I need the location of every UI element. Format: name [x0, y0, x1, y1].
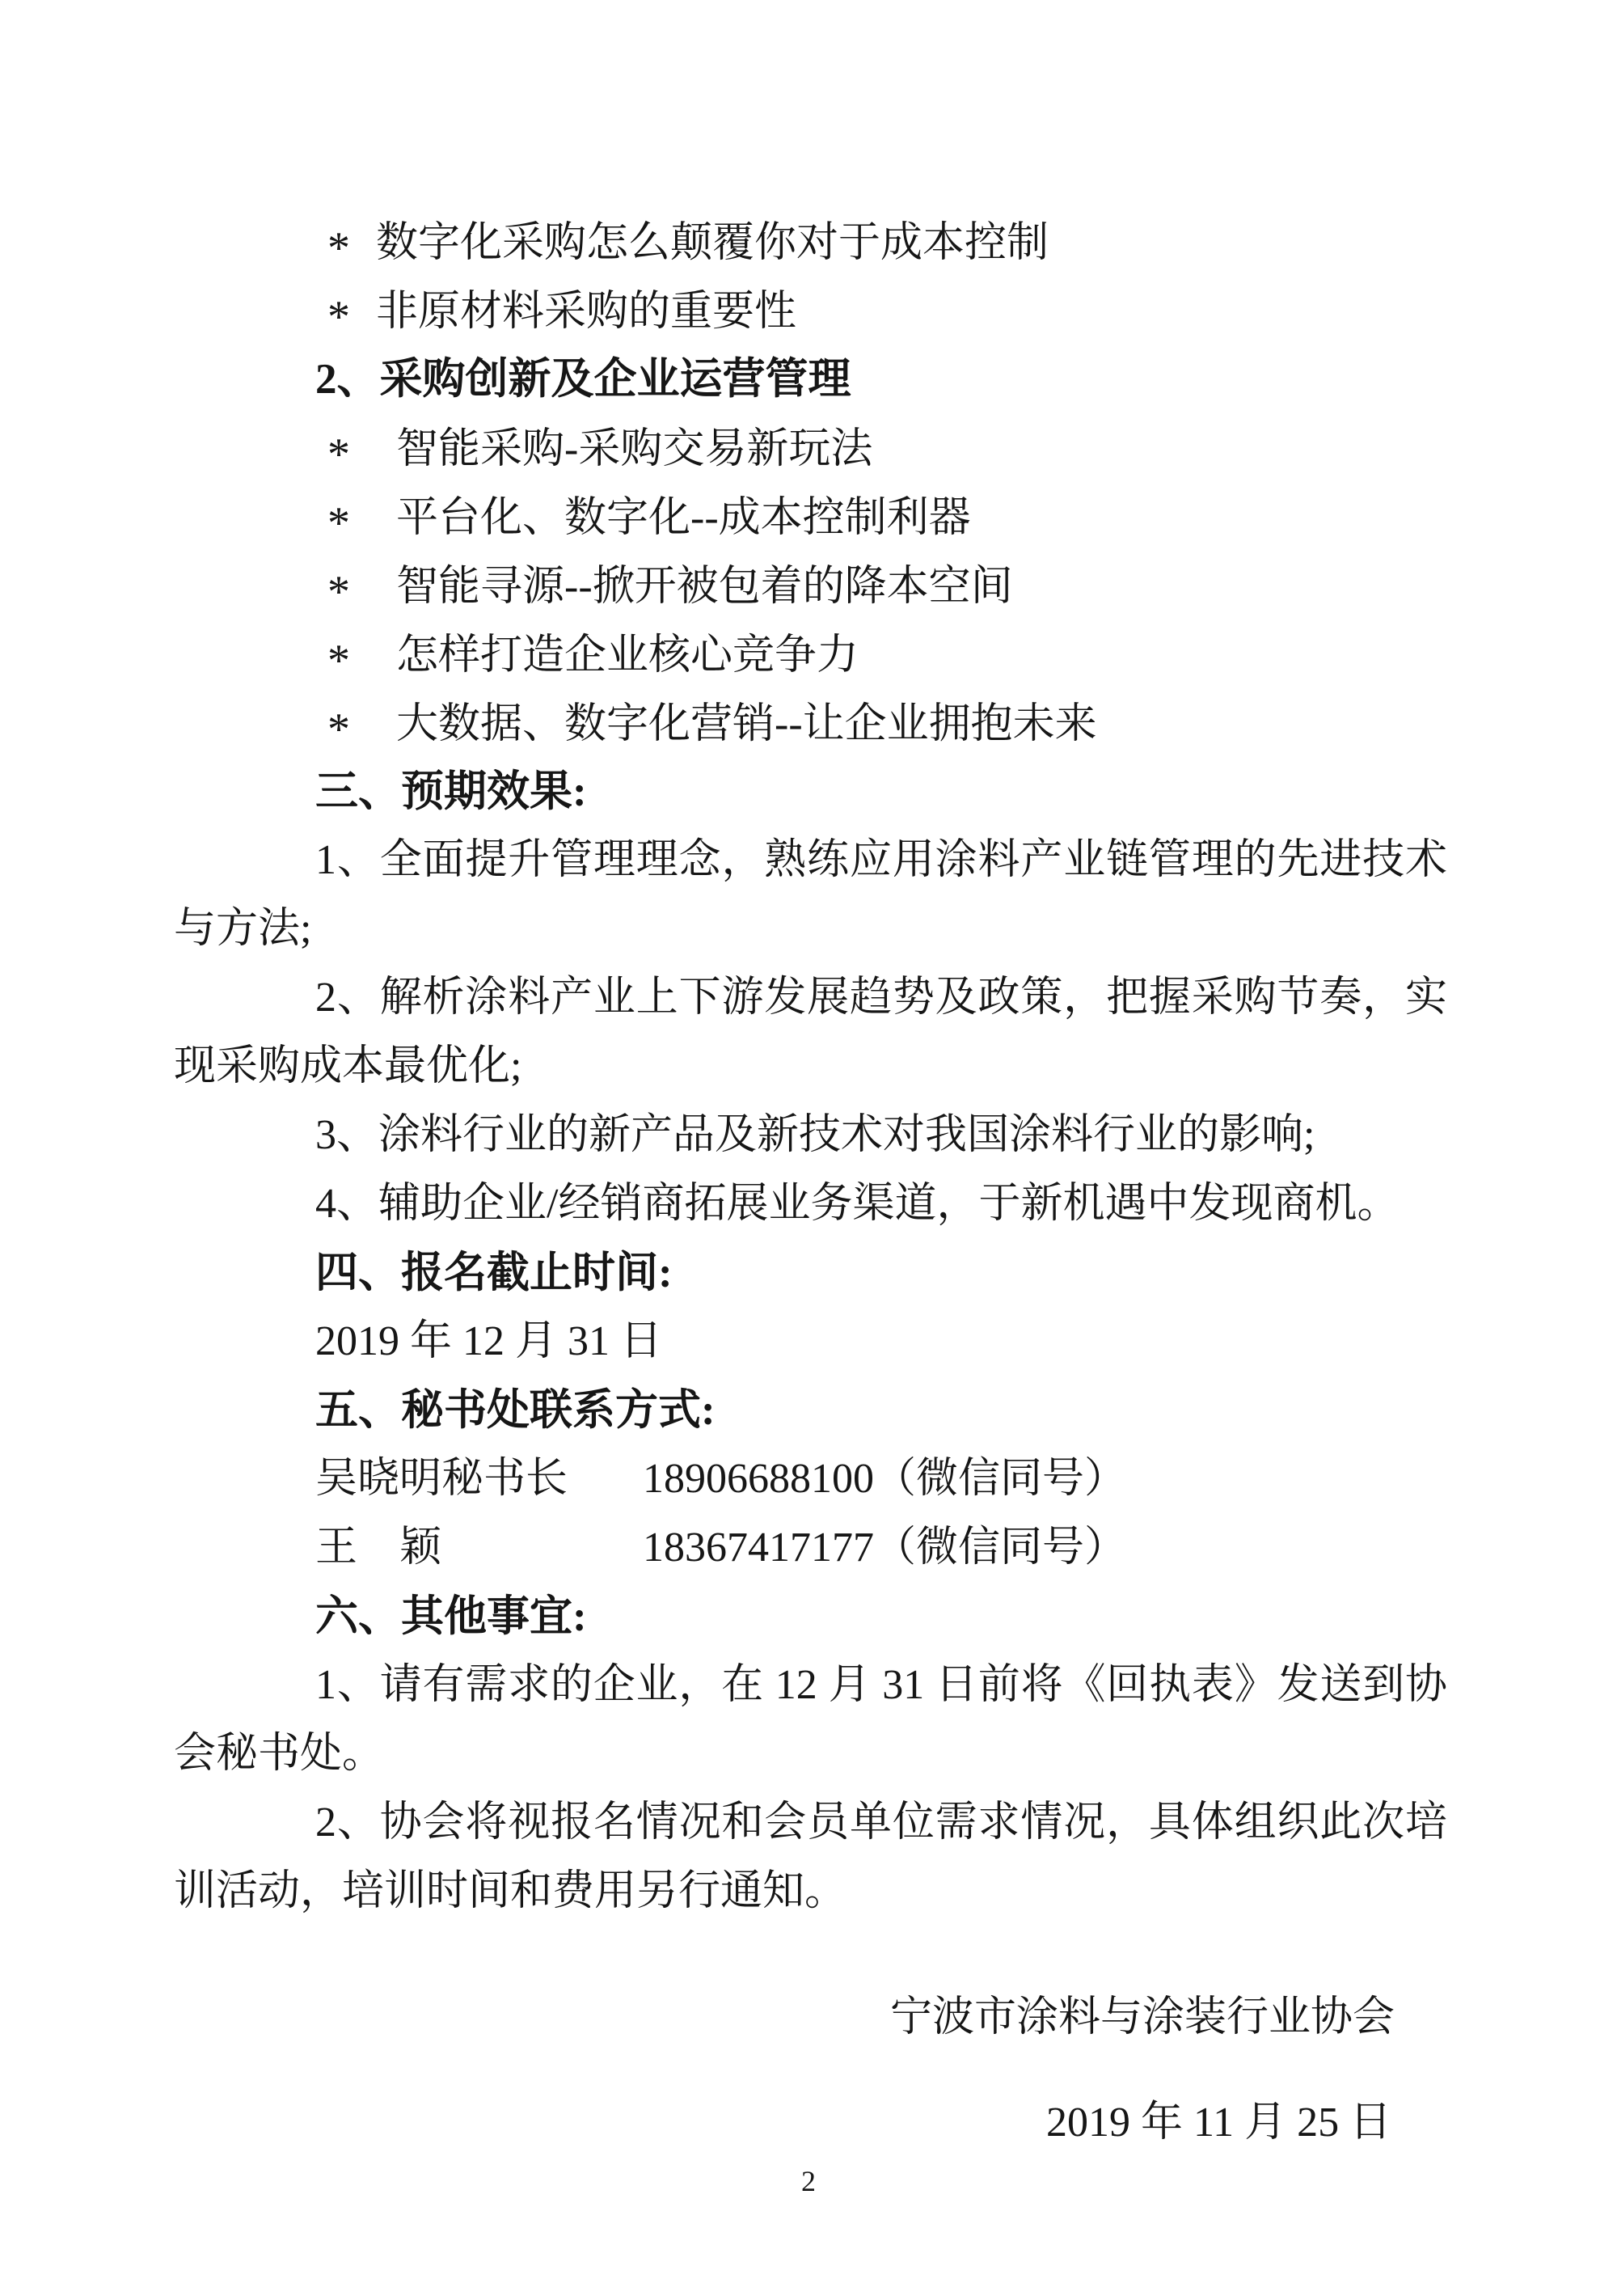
- paragraph-line: 3、涂料行业的新产品及新技术对我国涂料行业的影响;: [174, 1101, 1447, 1170]
- contact-row: 王 颖18367417177（微信同号）: [174, 1513, 1447, 1583]
- section-heading-other-matters: 六、其他事宜:: [174, 1582, 1589, 1651]
- contact-row: 吴晓明秘书长18906688100（微信同号）: [174, 1444, 1447, 1514]
- section-heading-deadline: 四、报名截止时间:: [174, 1238, 1589, 1308]
- bullet-text: 数字化采购怎么颠覆你对于成本控制: [376, 220, 1049, 266]
- paragraph-line: 4、辅助企业/经销商拓展业务渠道，于新机遇中发现商机。: [174, 1169, 1447, 1239]
- paragraph-line: 与方法;: [174, 894, 1447, 964]
- bullet-item: *数字化采购怎么颠覆你对于成本控制: [174, 207, 1601, 277]
- signature-organization: 宁波市涂料与涂装行业协会: [890, 1993, 1395, 2043]
- subsection-heading: 2、采购创新及企业运营管理: [174, 345, 1589, 414]
- paragraph-line: 2、协会将视报名情况和会员单位需求情况，具体组织此次培: [174, 1788, 1447, 1858]
- bullet-item: *大数据、数字化营销--让企业拥抱未来: [174, 688, 1601, 758]
- signature-date: 2019 年 11 月 25 日: [1046, 2098, 1391, 2148]
- bullet-text: 怎样打造企业核心竞争力: [396, 632, 859, 679]
- bullet-item: *智能寻源--掀开被包着的降本空间: [174, 551, 1601, 620]
- asterisk-bullet-icon: *: [327, 557, 396, 627]
- bullet-item: *怎样打造企业核心竞争力: [174, 619, 1601, 689]
- deadline-date: 2019 年 12 月 31 日: [174, 1307, 1447, 1376]
- bullet-text: 智能采购-采购交易新玩法: [396, 426, 872, 472]
- bullet-item: *智能采购-采购交易新玩法: [174, 413, 1601, 483]
- bullet-text: 非原材料采购的重要性: [376, 289, 796, 335]
- asterisk-bullet-icon: *: [327, 488, 396, 558]
- contact-name: 王 颖: [315, 1513, 643, 1583]
- contact-phone: 18906688100（微信同号）: [643, 1444, 1126, 1514]
- paragraph-line: 2、解析涂料产业上下游发展趋势及政策，把握采购节奏，实: [174, 963, 1447, 1033]
- paragraph-line: 训活动，培训时间和费用另行通知。: [174, 1857, 1447, 1926]
- paragraph-line: 现采购成本最优化;: [174, 1032, 1447, 1101]
- bullet-item: *平台化、数字化--成本控制利器: [174, 482, 1601, 552]
- section-heading-expected-results: 三、预期效果:: [174, 757, 1589, 827]
- asterisk-bullet-icon: *: [327, 214, 376, 283]
- document-page: *数字化采购怎么颠覆你对于成本控制 *非原材料采购的重要性 2、采购创新及企业运…: [0, 0, 1617, 2296]
- asterisk-bullet-icon: *: [327, 420, 396, 489]
- paragraph-line: 1、全面提升管理理念，熟练应用涂料产业链管理的先进技术: [174, 826, 1447, 895]
- paragraph-line: 1、请有需求的企业，在 12 月 31 日前将《回执表》发送到协: [174, 1651, 1447, 1720]
- asterisk-bullet-icon: *: [327, 695, 396, 764]
- asterisk-bullet-icon: *: [327, 626, 396, 696]
- section-heading-contacts: 五、秘书处联系方式:: [174, 1376, 1589, 1445]
- bullet-text: 大数据、数字化营销--让企业拥抱未来: [396, 701, 1097, 747]
- bullet-item: *非原材料采购的重要性: [174, 276, 1601, 345]
- bullet-text: 平台化、数字化--成本控制利器: [396, 495, 971, 541]
- page-number: 2: [0, 2164, 1617, 2198]
- contact-phone: 18367417177（微信同号）: [643, 1513, 1126, 1583]
- bullet-text: 智能寻源--掀开被包着的降本空间: [396, 564, 1013, 610]
- contact-name: 吴晓明秘书长: [315, 1444, 643, 1514]
- paragraph-line: 会秘书处。: [174, 1719, 1447, 1789]
- asterisk-bullet-icon: *: [327, 282, 376, 352]
